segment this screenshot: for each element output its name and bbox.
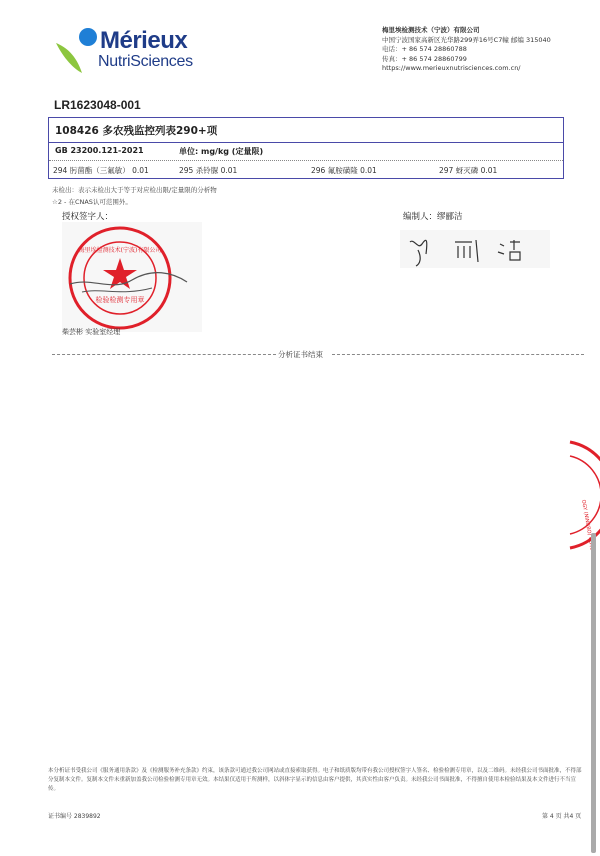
svg-text:检验检测专用章: 检验检测专用章 [96,295,145,304]
signature-icon [400,230,550,268]
end-text: 分析证书结束 [276,349,325,360]
certificate-number: 证书编号 2839892 [48,811,101,820]
result-item: 297 蚜灭磷 0.01 [439,165,497,176]
report-number: LR1623048-001 [54,98,141,112]
result-item: 295 杀铃脲 0.01 [179,165,237,176]
logo-text-nutrisciences: NutriSciences [98,53,193,71]
note-cnas: ☆2 - 在CNAS认可范围外。 [52,196,217,208]
company-fax: 传真：+ 86 574 28860799 [382,55,551,65]
signer-name: 柴芸彬 实验室经理 [62,327,120,337]
dashed-line [332,354,584,355]
page-number: 第 4 页 共4 页 [542,811,581,820]
note-not-detected: 未检出：表示未检出大于等于对应检出限/定量限的分析物 [52,184,217,196]
company-address: 中国宁波国家高新区光华路299弄16号C7幢 邮编 315040 [382,36,551,46]
editor-label: 编制人：缪郦洁 [403,210,463,222]
dashed-line [52,354,276,355]
divider [49,142,563,143]
result-table: 108426 多农残监控列表290+项 GB 23200.121-2021 单位… [48,117,564,179]
official-stamp: 检验检测专用章 梅里埃检测技术(宁波)有限公司 [62,222,202,332]
company-logo: Mérieux NutriSciences [52,25,212,75]
result-item: 296 氟胺磺隆 0.01 [311,165,377,176]
test-standard: GB 23200.121-2021 [55,146,144,155]
editor-signature [400,230,550,268]
company-phone: 电话：+ 86 574 28860788 [382,45,551,55]
company-info: 梅里埃检测技术（宁波）有限公司 中国宁波国家高新区光华路299弄16号C7幢 邮… [382,26,551,74]
stamp-icon: 检验检测专用章 梅里埃检测技术(宁波)有限公司 [62,222,202,332]
result-item: 294 肟菌酯（三氟敏） 0.01 [53,165,149,176]
signer-label: 授权签字人： [62,210,113,222]
test-unit: 单位: mg/kg (定量限) [179,146,263,157]
company-website[interactable]: https://www.merieuxnutrisciences.com.cn/ [382,64,551,74]
company-name: 梅里埃检测技术（宁波）有限公司 [382,26,551,36]
logo-text-merieux: Mérieux [100,27,187,55]
end-of-certificate: 分析证书结束 [52,349,584,359]
scrollbar[interactable] [591,533,596,853]
dotted-divider [49,160,563,161]
notes: 未检出：表示未检出大于等于对应检出限/定量限的分析物 ☆2 - 在CNAS认可范… [52,184,217,208]
test-title: 108426 多农残监控列表290+项 [55,123,217,138]
footer-disclaimer: 本分析证书受我公司《服务通用条款》及《检测服务补充条款》约束，该条款可通过我公司… [48,767,583,794]
merieux-logo-icon [52,25,102,75]
svg-text:梅里埃检测技术(宁波)有限公司: 梅里埃检测技术(宁波)有限公司 [79,246,162,254]
